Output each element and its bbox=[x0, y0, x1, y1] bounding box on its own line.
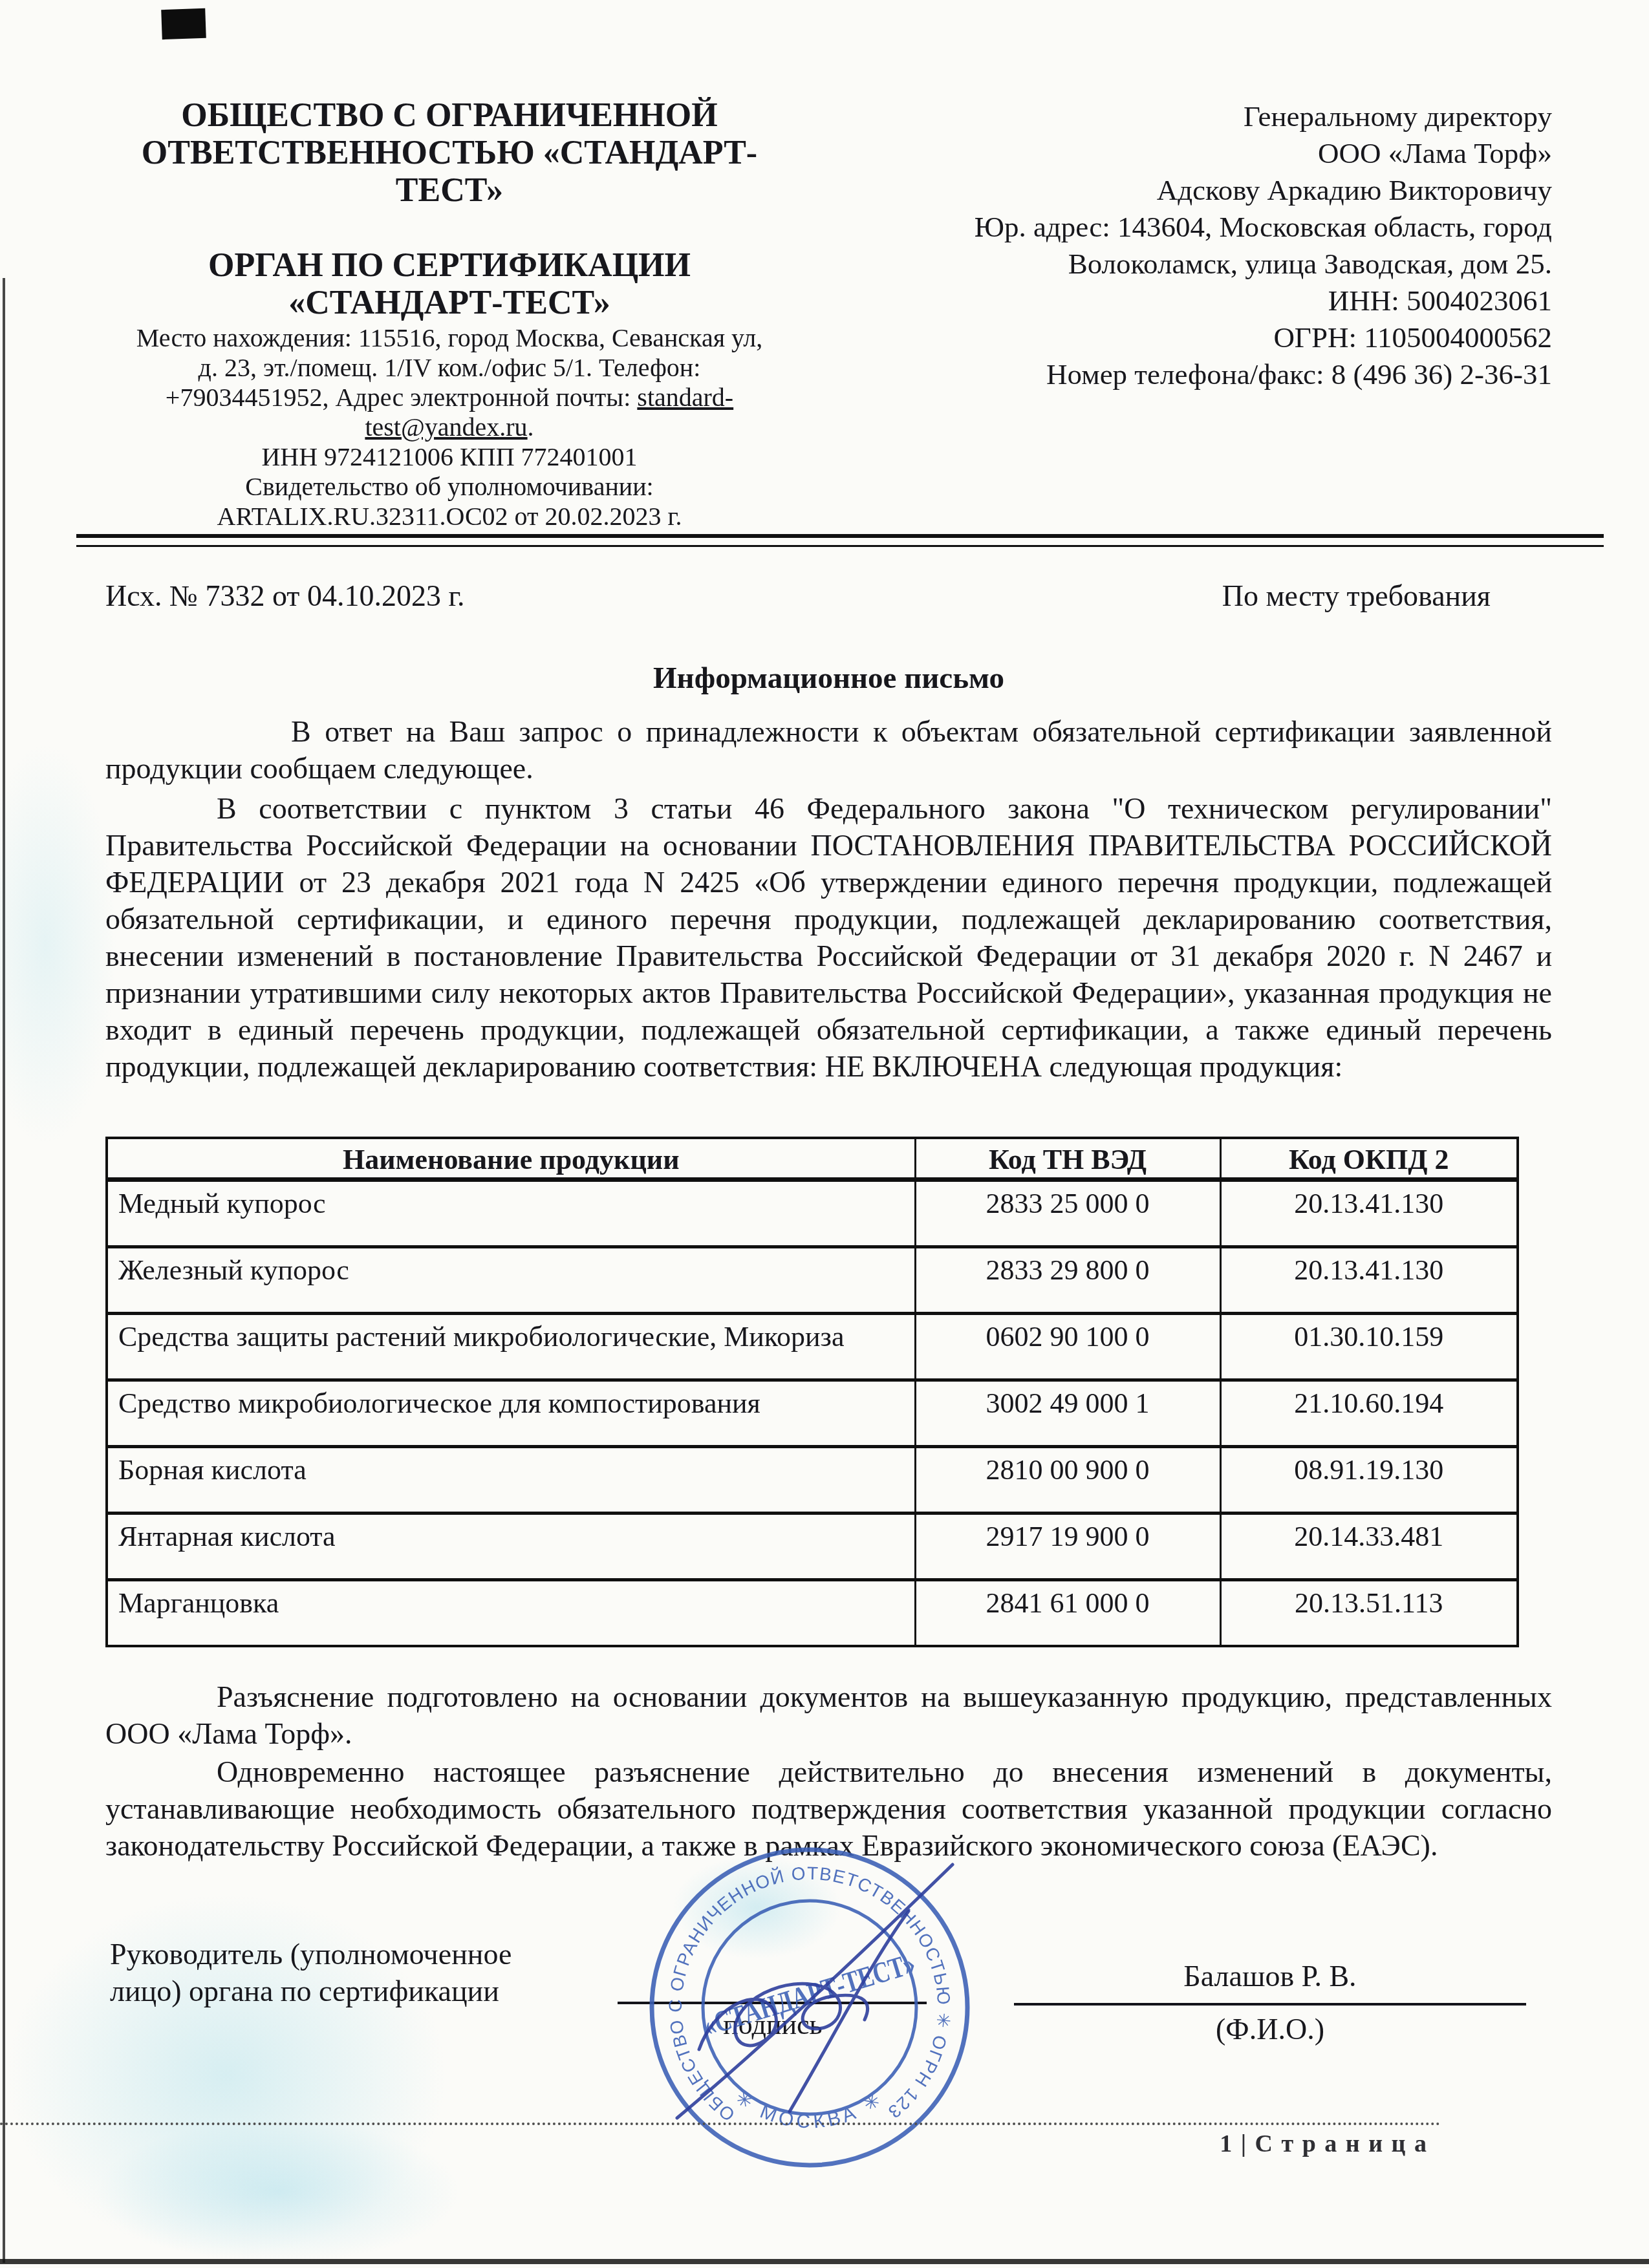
column-header-tnved-code: Код ТН ВЭД bbox=[915, 1138, 1220, 1180]
product-name-cell: Медный купорос bbox=[107, 1180, 915, 1247]
product-name-cell: Средство микробиологическое для компости… bbox=[107, 1380, 915, 1447]
okpd-code-cell: 20.13.41.130 bbox=[1220, 1180, 1518, 1247]
tnved-code-cell: 2841 61 000 0 bbox=[915, 1580, 1220, 1647]
recipient-line: ОГРН: 1105004000562 bbox=[860, 319, 1552, 356]
product-name-cell: Железный купорос bbox=[107, 1247, 915, 1314]
table-row: Медный купорос2833 25 000 020.13.41.130 bbox=[107, 1180, 1518, 1247]
header-divider-thin bbox=[76, 545, 1604, 547]
recipient-line: Волоколамск, улица Заводская, дом 25. bbox=[860, 246, 1552, 283]
scanned-letter-page: { "page": { "footer": "1 | С т р а н и ц… bbox=[0, 0, 1649, 2268]
sender-address-line: +79034451952, Адрес электронной почты: s… bbox=[100, 383, 799, 412]
recipient-line: Генеральному директору bbox=[860, 98, 1552, 135]
recipient-line: Юр. адрес: 143604, Московская область, г… bbox=[860, 209, 1552, 246]
scan-left-edge-line bbox=[3, 278, 5, 2263]
scan-bottom-edge-line bbox=[0, 2259, 1649, 2264]
tnved-code-cell: 2917 19 900 0 bbox=[915, 1514, 1220, 1580]
signer-name: Балашов Р. В. bbox=[1014, 1959, 1526, 1993]
name-line bbox=[1014, 2003, 1526, 2006]
product-table: Наименование продукции Код ТН ВЭД Код ОК… bbox=[105, 1137, 1519, 1647]
name-caption: (Ф.И.О.) bbox=[1014, 2012, 1526, 2046]
svg-text:✳ МОСКВА ✳: ✳ МОСКВА ✳ bbox=[731, 2087, 888, 2133]
outgoing-number: Исх. № 7332 от 04.10.2023 г. bbox=[105, 579, 465, 613]
recipient-block: Генеральному директоруООО «Лама Торф»Адс… bbox=[860, 98, 1552, 393]
paragraph-clarification: Разъяснение подготовлено на основании до… bbox=[105, 1678, 1552, 1752]
table-row: Марганцовка2841 61 000 020.13.51.113 bbox=[107, 1580, 1518, 1647]
signer-role-line2: лицо) органа по сертификации bbox=[110, 1973, 692, 2009]
scan-corner-mark bbox=[161, 8, 206, 39]
recipient-line: Адскову Аркадию Викторовичу bbox=[860, 172, 1552, 209]
paragraph-legal-basis: В соответствии с пунктом 3 статьи 46 Фед… bbox=[105, 790, 1552, 1085]
sender-email-part1: standard- bbox=[637, 383, 733, 412]
header-divider-thick bbox=[76, 534, 1604, 538]
tnved-code-cell: 0602 90 100 0 bbox=[915, 1314, 1220, 1380]
product-table-body: Медный купорос2833 25 000 020.13.41.130Ж… bbox=[107, 1180, 1518, 1647]
table-header-row: Наименование продукции Код ТН ВЭД Код ОК… bbox=[107, 1138, 1518, 1180]
tnved-code-cell: 2833 25 000 0 bbox=[915, 1180, 1220, 1247]
sender-address-line: д. 23, эт./помещ. 1/IV ком./офис 5/1. Те… bbox=[100, 353, 799, 383]
sender-phone-email-label: +79034451952, Адрес электронной почты: bbox=[166, 383, 638, 412]
okpd-code-cell: 01.30.10.159 bbox=[1220, 1314, 1518, 1380]
paragraph-intro: В ответ на Ваш запрос о принадлежности к… bbox=[105, 713, 1552, 787]
signer-role-line1: Руководитель (уполномоченное bbox=[110, 1936, 692, 1973]
table-row: Средства защиты растений микробиологичес… bbox=[107, 1314, 1518, 1380]
watermark-blob bbox=[97, 2121, 459, 2263]
recipient-line: ООО «Лама Торф» bbox=[860, 135, 1552, 172]
page-number: 1 | С т р а н и ц а bbox=[1099, 2130, 1428, 2158]
product-name-cell: Янтарная кислота bbox=[107, 1514, 915, 1580]
okpd-code-cell: 21.10.60.194 bbox=[1220, 1380, 1518, 1447]
product-name-cell: Марганцовка bbox=[107, 1580, 915, 1647]
okpd-code-cell: 20.13.41.130 bbox=[1220, 1247, 1518, 1314]
sender-address-line: Место нахождения: 115516, город Москва, … bbox=[100, 323, 799, 353]
sender-certificate-label: Свидетельство об уполномочивании: bbox=[100, 472, 799, 502]
tnved-code-cell: 3002 49 000 1 bbox=[915, 1380, 1220, 1447]
sender-certificate-value: ARTALIX.RU.32311.ОС02 от 20.02.2023 г. bbox=[100, 502, 799, 531]
sender-address-block: Место нахождения: 115516, город Москва, … bbox=[100, 323, 799, 531]
recipient-line: Номер телефона/факс: 8 (496 36) 2-36-31 bbox=[860, 356, 1552, 393]
recipient-line: ИНН: 5004023061 bbox=[860, 283, 1552, 319]
product-name-cell: Средства защиты растений микробиологичес… bbox=[107, 1314, 915, 1380]
sender-address-line: test@yandex.ru. bbox=[100, 412, 799, 442]
destination-note: По месту требования bbox=[1035, 579, 1491, 613]
table-row: Железный купорос2833 29 800 020.13.41.13… bbox=[107, 1247, 1518, 1314]
table-row: Борная кислота2810 00 900 008.91.19.130 bbox=[107, 1447, 1518, 1514]
sender-email-suffix: . bbox=[528, 412, 534, 442]
sender-email-part2: test@yandex.ru bbox=[365, 412, 527, 442]
tnved-code-cell: 2833 29 800 0 bbox=[915, 1247, 1220, 1314]
sender-cert-body-name: ОРГАН ПО СЕРТИФИКАЦИИ «СТАНДАРТ-ТЕСТ» bbox=[129, 247, 770, 322]
letter-title: Информационное письмо bbox=[105, 661, 1552, 696]
table-row: Средство микробиологическое для компости… bbox=[107, 1380, 1518, 1447]
tnved-code-cell: 2810 00 900 0 bbox=[915, 1447, 1220, 1514]
table-row: Янтарная кислота2917 19 900 020.14.33.48… bbox=[107, 1514, 1518, 1580]
footer-divider bbox=[0, 2123, 1441, 2125]
sender-company-name: ОБЩЕСТВО С ОГРАНИЧЕННОЙ ОТВЕТСТВЕННОСТЬЮ… bbox=[129, 97, 770, 209]
watermark-blob bbox=[0, 744, 116, 1144]
company-stamp: ОБЩЕСТВО С ОГРАНИЧЕННОЙ ОТВЕТСТВЕННОСТЬЮ… bbox=[637, 1835, 982, 2180]
okpd-code-cell: 08.91.19.130 bbox=[1220, 1447, 1518, 1514]
signer-role-label: Руководитель (уполномоченное лицо) орган… bbox=[110, 1936, 692, 2009]
column-header-product-name: Наименование продукции bbox=[107, 1138, 915, 1180]
sender-inn-kpp: ИНН 9724121006 КПП 772401001 bbox=[100, 442, 799, 472]
okpd-code-cell: 20.13.51.113 bbox=[1220, 1580, 1518, 1647]
stamp-city-text: ✳ МОСКВА ✳ bbox=[731, 2087, 888, 2133]
column-header-okpd-code: Код ОКПД 2 bbox=[1220, 1138, 1518, 1180]
product-name-cell: Борная кислота bbox=[107, 1447, 915, 1514]
okpd-code-cell: 20.14.33.481 bbox=[1220, 1514, 1518, 1580]
